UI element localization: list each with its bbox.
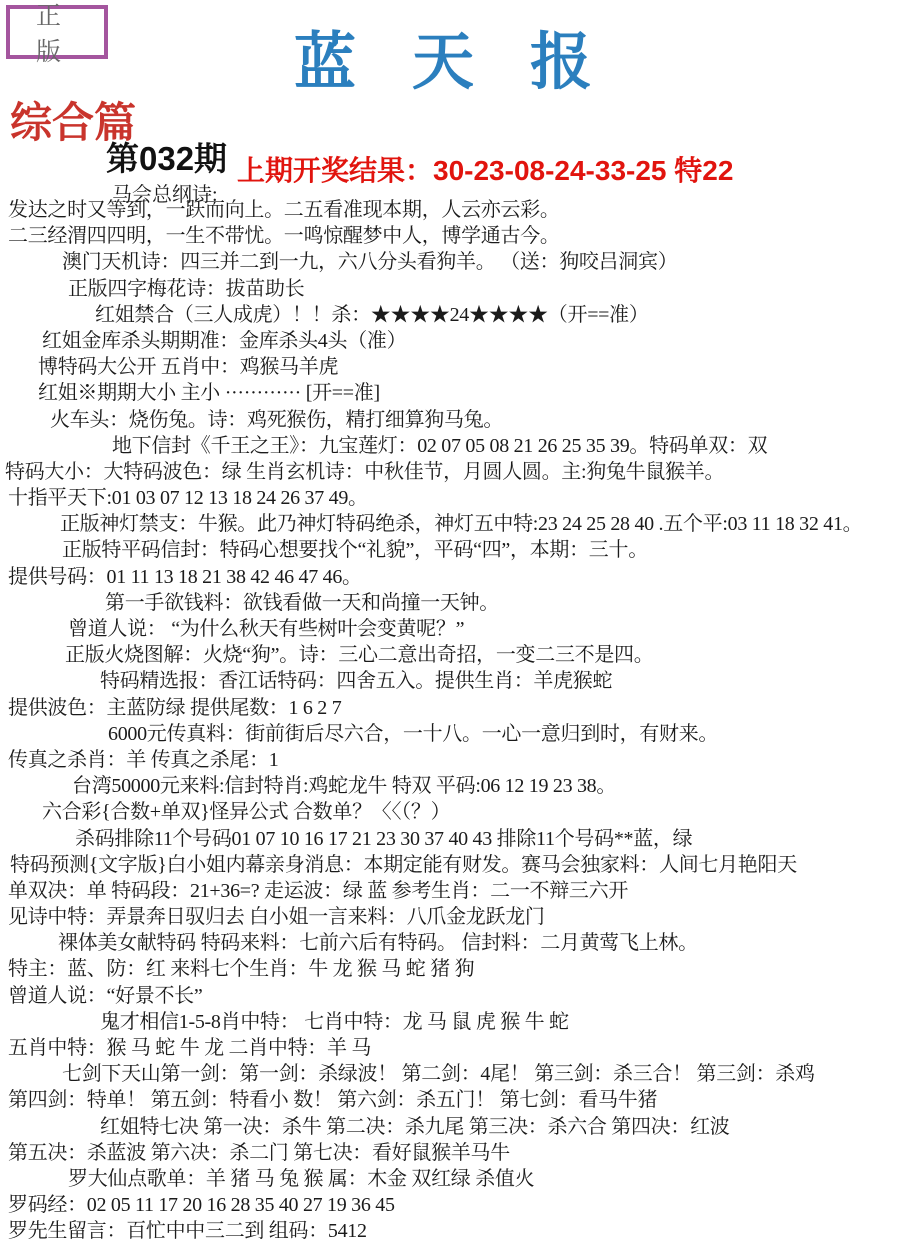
text-line-40: 罗先生留言：百忙中中三二到 组码：5412 bbox=[0, 1218, 900, 1243]
text-line-5: 红姐禁合（三人成虎）！！杀：★★★★24★★★★（开==准） bbox=[0, 302, 900, 328]
text-line-14: 正版特平码信封：特码心想要找个“礼貌”，平码“四”，本期：三十。 bbox=[0, 537, 900, 563]
edition-label: 正版 bbox=[10, 0, 104, 68]
text-line-19: 特码精选报：香江话特码：四舍五入。提供生肖：羊虎猴蛇 bbox=[0, 668, 900, 694]
text-line-7: 博特码大公开 五肖中：鸡猴马羊虎 bbox=[0, 354, 900, 380]
text-line-31: 曾道人说：“好景不长” bbox=[0, 983, 900, 1009]
body-lines: 发达之时又等到，一跃而向上。二五看准现本期，人云亦云彩。二三经渭四四明，一生不带… bbox=[0, 197, 900, 1243]
text-line-29: 裸体美女献特码 特码来料：七前六后有特码。 信封料：二月黄莺飞上林。 bbox=[0, 930, 900, 956]
text-line-1: 发达之时又等到，一跃而向上。二五看准现本期，人云亦云彩。 bbox=[0, 197, 900, 223]
text-line-39: 罗码经：02 05 11 17 20 16 28 35 40 27 19 36 … bbox=[0, 1192, 900, 1218]
text-line-6: 红姐金库杀头期期准：金库杀头4头（准） bbox=[0, 328, 900, 354]
text-line-27: 单双决：单 特码段：21+36=? 走运波：绿 蓝 参考生肖：二一不辩三六开 bbox=[0, 878, 900, 904]
text-line-4: 正版四字梅花诗：拔苗助长 bbox=[0, 276, 900, 302]
text-line-38: 罗大仙点歌单：羊 猪 马 兔 猴 属：木金 双红绿 杀值火 bbox=[0, 1166, 900, 1192]
text-line-25: 杀码排除11个号码01 07 10 16 17 21 23 30 37 40 4… bbox=[0, 826, 900, 852]
text-line-34: 七剑下天山第一剑：第一剑：杀绿波！ 第二剑：4尾！ 第三剑：杀三合！ 第三剑：杀… bbox=[0, 1061, 900, 1087]
text-line-33: 五肖中特：猴 马 蛇 牛 龙 二肖中特：羊 马 bbox=[0, 1035, 900, 1061]
text-line-11: 特码大小：大特码波色：绿 生肖玄机诗：中秋佳节，月圆人圆。主:狗兔牛鼠猴羊。 bbox=[0, 459, 900, 485]
text-line-10: 地下信封《千王之王》：九宝莲灯：02 07 05 08 21 26 25 35 … bbox=[0, 433, 900, 459]
text-line-18: 正版火烧图解：火烧“狗”。诗：三心二意出奇招，一变二三不是四。 bbox=[0, 642, 900, 668]
text-line-32: 鬼才相信1-5-8肖中特： 七肖中特：龙 马 鼠 虎 猴 牛 蛇 bbox=[0, 1009, 900, 1035]
text-line-8: 红姐※期期大小 主小 ············ [开==准] bbox=[0, 380, 900, 406]
text-line-21: 6000元传真料：街前街后尽六合，一十八。一心一意归到时，有财来。 bbox=[0, 721, 900, 747]
page-title: 蓝天报 bbox=[294, 12, 648, 101]
text-line-20: 提供波色：主蓝防绿 提供尾数：1 6 2 7 bbox=[0, 695, 900, 721]
last-draw-result: 上期开奖结果：30-23-08-24-33-25 特22 bbox=[237, 149, 733, 189]
text-line-15: 提供号码：01 11 13 18 21 38 42 46 47 46。 bbox=[0, 564, 900, 590]
text-line-13: 正版神灯禁支：牛猴。此乃神灯特码绝杀，神灯五中特:23 24 25 28 40 … bbox=[0, 511, 900, 537]
text-line-9: 火车头：烧伤兔。诗：鸡死猴伤，精打细算狗马兔。 bbox=[0, 407, 900, 433]
text-line-24: 六合彩{合数+单双}怪异公式 合数单？〈〈（？） bbox=[0, 799, 900, 825]
text-line-30: 特主：蓝、防：红 来料七个生肖：牛 龙 猴 马 蛇 猪 狗 bbox=[0, 956, 900, 982]
text-line-22: 传真之杀肖：羊 传真之杀尾：1 bbox=[0, 747, 900, 773]
text-line-16: 第一手欲钱料：欲钱看做一天和尚撞一天钟。 bbox=[0, 590, 900, 616]
issue-number: 第032期 bbox=[106, 133, 227, 180]
text-line-28: 见诗中特：弄景奔日驭归去 白小姐一言来料：八爪金龙跃龙门 bbox=[0, 904, 900, 930]
text-line-2: 二三经渭四四明，一生不带忧。一鸣惊醒梦中人，博学通古今。 bbox=[0, 223, 900, 249]
edition-box: 正版 bbox=[6, 5, 108, 59]
text-line-35: 第四剑：特单！ 第五剑：特看小 数！ 第六剑：杀五门！ 第七剑：看马牛猪 bbox=[0, 1087, 900, 1113]
text-line-17: 曾道人说： “为什么秋天有些树叶会变黄呢？” bbox=[0, 616, 900, 642]
text-line-36: 红姐特七决 第一决：杀牛 第二决：杀九尾 第三决：杀六合 第四决：红波 bbox=[0, 1114, 900, 1140]
text-line-3: 澳门天机诗：四三并二到一九，六八分头看狗羊。 （送：狗咬吕洞宾） bbox=[0, 249, 900, 275]
text-line-26: 特码预测{文字版}白小姐内幕亲身消息：本期定能有财发。赛马会独家料：人间七月艳阳… bbox=[0, 852, 900, 878]
text-line-23: 台湾50000元来料:信封特肖:鸡蛇龙牛 特双 平码:06 12 19 23 3… bbox=[0, 773, 900, 799]
text-line-12: 十指平天下:01 03 07 12 13 18 24 26 37 49。 bbox=[0, 485, 900, 511]
text-line-37: 第五决：杀蓝波 第六决：杀二门 第七决：看好鼠猴羊马牛 bbox=[0, 1140, 900, 1166]
